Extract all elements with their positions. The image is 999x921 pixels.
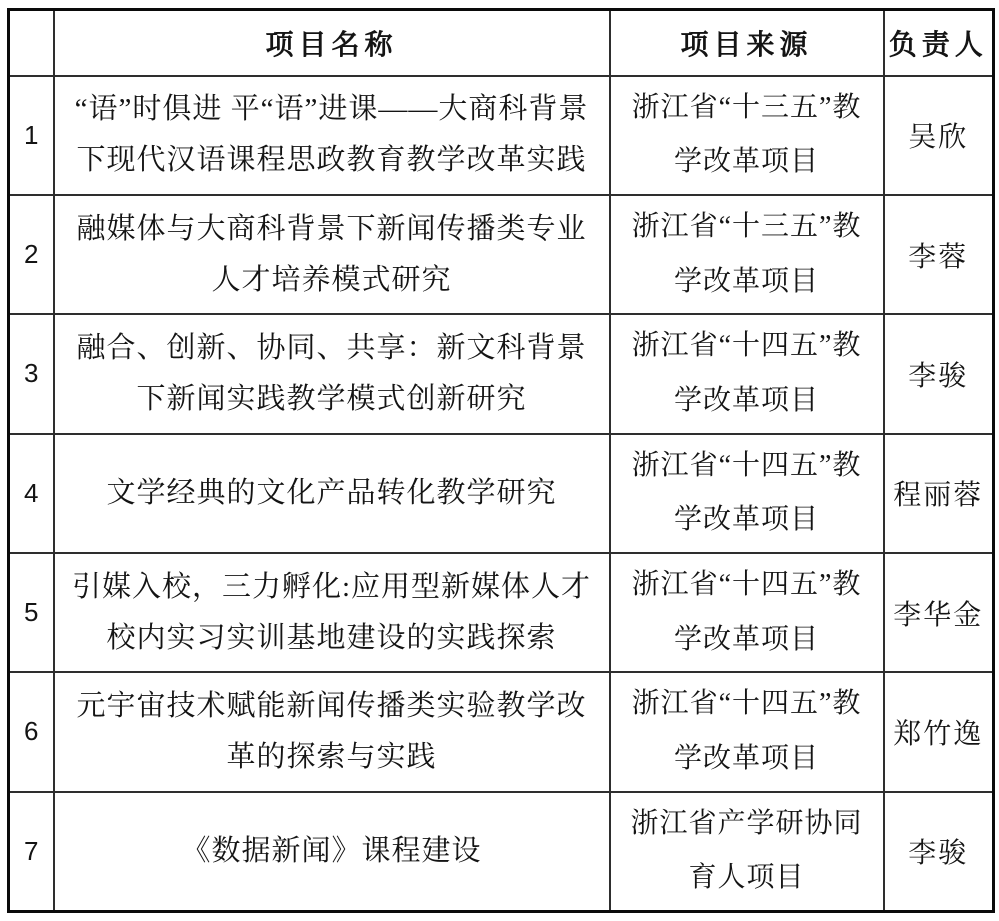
person-cell: 李骏 [884, 792, 994, 912]
table-row: 2 融媒体与大商科背景下新闻传播类专业人才培养模式研究 浙江省“十三五”教学改革… [9, 195, 994, 314]
project-name-cell: 元宇宙技术赋能新闻传播类实验教学改革的探索与实践 [54, 672, 610, 791]
row-number: 3 [9, 314, 54, 433]
table-row: 1 “语”时俱进 平“语”进课——大商科背景下现代汉语课程思政教育教学改革实践 … [9, 76, 994, 195]
project-name-cell: 文学经典的文化产品转化教学研究 [54, 434, 610, 553]
row-number: 2 [9, 195, 54, 314]
person-cell: 程丽蓉 [884, 434, 994, 553]
row-number: 6 [9, 672, 54, 791]
project-source-cell: 浙江省产学研协同育人项目 [610, 792, 884, 912]
row-number: 5 [9, 553, 54, 672]
header-index [9, 10, 54, 76]
row-number: 4 [9, 434, 54, 553]
table-row: 6 元宇宙技术赋能新闻传播类实验教学改革的探索与实践 浙江省“十四五”教学改革项… [9, 672, 994, 791]
person-cell: 吴欣 [884, 76, 994, 195]
row-number: 7 [9, 792, 54, 912]
table-body: 1 “语”时俱进 平“语”进课——大商科背景下现代汉语课程思政教育教学改革实践 … [9, 76, 994, 912]
row-number: 1 [9, 76, 54, 195]
project-name-cell: 《数据新闻》课程建设 [54, 792, 610, 912]
person-cell: 李蓉 [884, 195, 994, 314]
header-row: 项目名称 项目来源 负责人 [9, 10, 994, 76]
table-row: 7 《数据新闻》课程建设 浙江省产学研协同育人项目 李骏 [9, 792, 994, 912]
projects-table: 项目名称 项目来源 负责人 1 “语”时俱进 平“语”进课——大商科背景下现代汉… [7, 8, 995, 913]
project-name-cell: 融合、创新、协同、共享：新文科背景下新闻实践教学模式创新研究 [54, 314, 610, 433]
header-person: 负责人 [884, 10, 994, 76]
person-cell: 郑竹逸 [884, 672, 994, 791]
project-name-cell: 引媒入校，三力孵化:应用型新媒体人才校内实习实训基地建设的实践探索 [54, 553, 610, 672]
project-name-cell: “语”时俱进 平“语”进课——大商科背景下现代汉语课程思政教育教学改革实践 [54, 76, 610, 195]
table-row: 5 引媒入校，三力孵化:应用型新媒体人才校内实习实训基地建设的实践探索 浙江省“… [9, 553, 994, 672]
header-project-name: 项目名称 [54, 10, 610, 76]
project-source-cell: 浙江省“十四五”教学改革项目 [610, 314, 884, 433]
document-page: 项目名称 项目来源 负责人 1 “语”时俱进 平“语”进课——大商科背景下现代汉… [0, 0, 999, 921]
project-source-cell: 浙江省“十三五”教学改革项目 [610, 195, 884, 314]
project-name-cell: 融媒体与大商科背景下新闻传播类专业人才培养模式研究 [54, 195, 610, 314]
project-source-cell: 浙江省“十四五”教学改革项目 [610, 553, 884, 672]
person-cell: 李华金 [884, 553, 994, 672]
person-cell: 李骏 [884, 314, 994, 433]
table-header: 项目名称 项目来源 负责人 [9, 10, 994, 76]
project-source-cell: 浙江省“十四五”教学改革项目 [610, 672, 884, 791]
project-source-cell: 浙江省“十三五”教学改革项目 [610, 76, 884, 195]
table-row: 4 文学经典的文化产品转化教学研究 浙江省“十四五”教学改革项目 程丽蓉 [9, 434, 994, 553]
project-source-cell: 浙江省“十四五”教学改革项目 [610, 434, 884, 553]
header-project-source: 项目来源 [610, 10, 884, 76]
table-row: 3 融合、创新、协同、共享：新文科背景下新闻实践教学模式创新研究 浙江省“十四五… [9, 314, 994, 433]
